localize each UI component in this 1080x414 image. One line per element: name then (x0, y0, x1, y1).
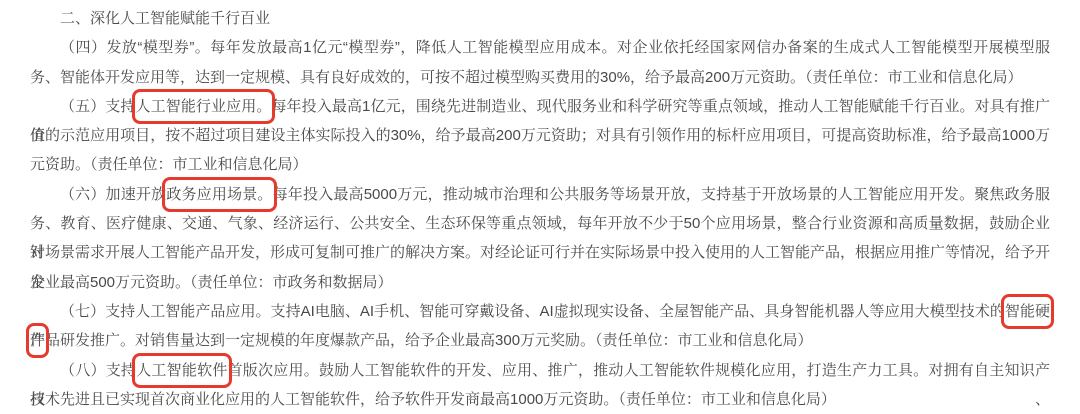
document-body: （四）发放“模型券”。每年发放最高1亿元“模型券”，降低人工智能模型应用成本。对… (30, 33, 1050, 414)
text-segment: （五）支持 (60, 98, 136, 115)
text-segment: 技术先进且已实现首次商业化应用的人工智能软件，给予软件开发商最高1000万元资助… (30, 391, 836, 408)
text-segment: 产品研发推广。对销售量达到一定规模的年度爆款产品，给予企业最高300万元奖励。（… (30, 332, 813, 349)
text-line: 产品研发推广。对销售量达到一定规模的年度爆款产品，给予企业最高300万元奖励。（… (30, 326, 1050, 355)
text-segment: （四）发放“模型券”。每年发放最高1亿元“模型券”，降低人工智能模型应用成本。对… (60, 39, 1050, 56)
text-segment: （八）支持 (60, 362, 136, 379)
text-line: （五）支持人工智能行业应用。每年投入最高1亿元，围绕先进制造业、现代服务业和科学… (30, 92, 1050, 121)
text-segment: 务、智能体开发应用等，达到一定规模、具有良好成效的，可按不超过模型购买费用的30… (30, 69, 1023, 86)
highlight-box: 政务应用场景。 (166, 181, 272, 208)
text-line: （六）加速开放政务应用场景。每年投入最高5000万元，推动城市治理和公共服务等场… (30, 180, 1050, 209)
text-segment: 值的示范应用项目，按不超过项目建设主体实际投入的30%，给予最高200万元资助；… (30, 127, 1050, 144)
text-line: （四）发放“模型券”。每年发放最高1亿元“模型券”，降低人工智能模型应用成本。对… (30, 33, 1050, 62)
text-line: 企业最高500万元资助。（责任单位：市政务和数据局） (30, 268, 1050, 297)
text-line: 对场景需求开展人工智能产品开发，形成可复制可推广的解决方案。对经论证可行并在实际… (30, 238, 1050, 267)
text-segment: 每年投入最高5000万元，推动城市治理和公共服务等场景开放，支持基于开放场景的人… (273, 186, 1050, 203)
policy-document: 二、深化人工智能赋能千行百业 （四）发放“模型券”。每年发放最高1亿元“模型券”… (0, 0, 1080, 414)
text-line: 值的示范应用项目，按不超过项目建设主体实际投入的30%，给予最高200万元资助；… (30, 121, 1050, 150)
text-segment: 元资助。（责任单位：市工业和信息化局） (30, 156, 308, 173)
text-segment: 企业最高500万元资助。（责任单位：市政务和数据局） (30, 274, 393, 291)
text-line: 务、智能体开发应用等，达到一定规模、具有良好成效的，可按不超过模型购买费用的30… (30, 63, 1050, 92)
text-line: （八）支持人工智能软件首版次应用。鼓励人工智能软件的开发、应用、推广，推动人工智… (30, 356, 1050, 385)
section-heading: 二、深化人工智能赋能千行百业 (30, 4, 1050, 33)
highlight-box: 人工智能软件 (136, 357, 227, 384)
text-line: 务、教育、医疗健康、交通、气象、经济运行、公共安全、生态环保等重点领域，每年开放… (30, 209, 1050, 238)
text-line: （七）支持人工智能产品应用。支持AI电脑、AI手机、智能可穿戴设备、AI虚拟现实… (30, 297, 1050, 326)
text-segment: （七）支持人工智能产品应用。支持AI电脑、AI手机、智能可穿戴设备、AI虚拟现实… (60, 303, 1005, 320)
text-segment: （六）加速开放 (60, 186, 166, 203)
highlight-box: 人工智能行业应用。 (136, 93, 272, 120)
text-line: 元资助。（责任单位：市工业和信息化局） (30, 150, 1050, 179)
